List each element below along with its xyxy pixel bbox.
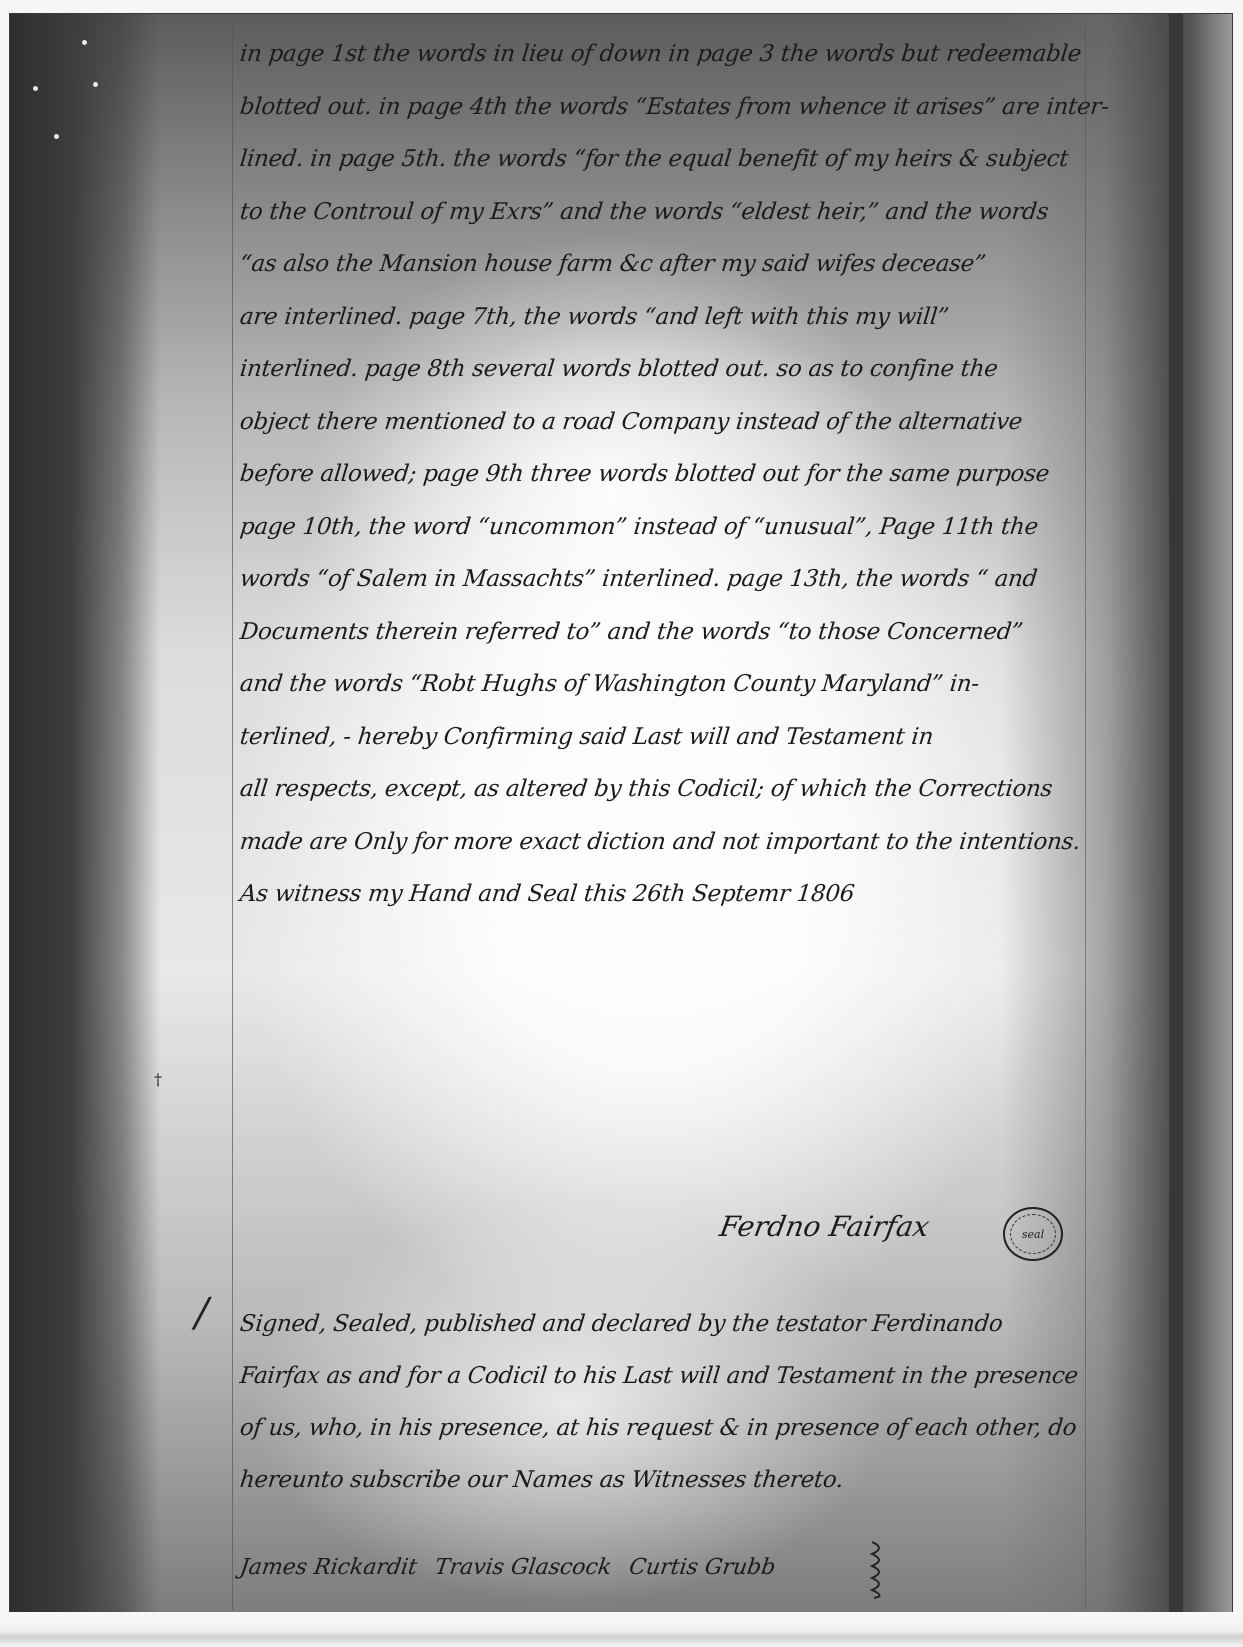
body-line: all respects, except, as altered by this… — [237, 763, 1083, 816]
body-line: “as also the Mansion house farm &c after… — [237, 238, 1083, 291]
body-line: before allowed; page 9th three words blo… — [237, 448, 1083, 501]
attestation-clause: Signed, Sealed, published and declared b… — [240, 1298, 1080, 1506]
attestation-line: Signed, Sealed, published and declared b… — [237, 1298, 1082, 1350]
seal-label: seal — [1022, 1228, 1044, 1241]
body-line: are interlined. page 7th, the words “and… — [237, 291, 1083, 344]
body-line: in page 1st the words in lieu of down in… — [237, 28, 1083, 81]
body-line: blotted out. in page 4th the words “Esta… — [237, 81, 1083, 134]
body-line: interlined. page 8th several words blott… — [237, 343, 1083, 396]
body-line: page 10th, the word “uncommon” instead o… — [237, 501, 1083, 554]
witness-signature: Travis Glascock — [433, 1555, 613, 1580]
body-line: terlined, - hereby Confirming said Last … — [237, 711, 1083, 764]
binding-fold-line — [1169, 14, 1183, 1612]
body-line: and the words “Robt Hughs of Washington … — [237, 658, 1083, 711]
body-line: words “of Salem in Massachts” interlined… — [237, 553, 1083, 606]
body-line: Documents therein referred to” and the w… — [237, 606, 1083, 659]
wax-seal-icon: seal — [1003, 1207, 1063, 1261]
testator-signature: Ferdno Fairfax — [717, 1210, 932, 1243]
attestation-line: of us, who, in his presence, at his requ… — [237, 1402, 1082, 1454]
scan-edge-shadow-left — [10, 14, 160, 1612]
scan-bottom-edge — [0, 1612, 1243, 1647]
witness-signature: Curtis Grubb — [627, 1555, 777, 1580]
left-margin-rule — [232, 20, 233, 1610]
attestation-line: Fairfax as and for a Codicil to his Last… — [237, 1350, 1082, 1402]
codicil-body: in page 1st the words in lieu of down in… — [240, 28, 1080, 921]
right-margin-rule — [1085, 20, 1086, 1610]
witness-signatures: James Rickardit Travis Glascock Curtis G… — [238, 1555, 777, 1580]
scroll-flourish-icon — [868, 1540, 890, 1600]
body-line: lined. in page 5th. the words “for the e… — [237, 133, 1083, 186]
body-line-dated: As witness my Hand and Seal this 26th Se… — [237, 868, 1083, 921]
witness-signature: James Rickardit — [238, 1555, 418, 1580]
pin-hole-mark: † — [154, 1070, 162, 1089]
body-line: to the Controul of my Exrs” and the word… — [237, 186, 1083, 239]
body-line: object there mentioned to a road Company… — [237, 396, 1083, 449]
body-line: made are Only for more exact diction and… — [237, 816, 1083, 869]
attestation-line: hereunto subscribe our Names as Witnesse… — [237, 1454, 1082, 1506]
